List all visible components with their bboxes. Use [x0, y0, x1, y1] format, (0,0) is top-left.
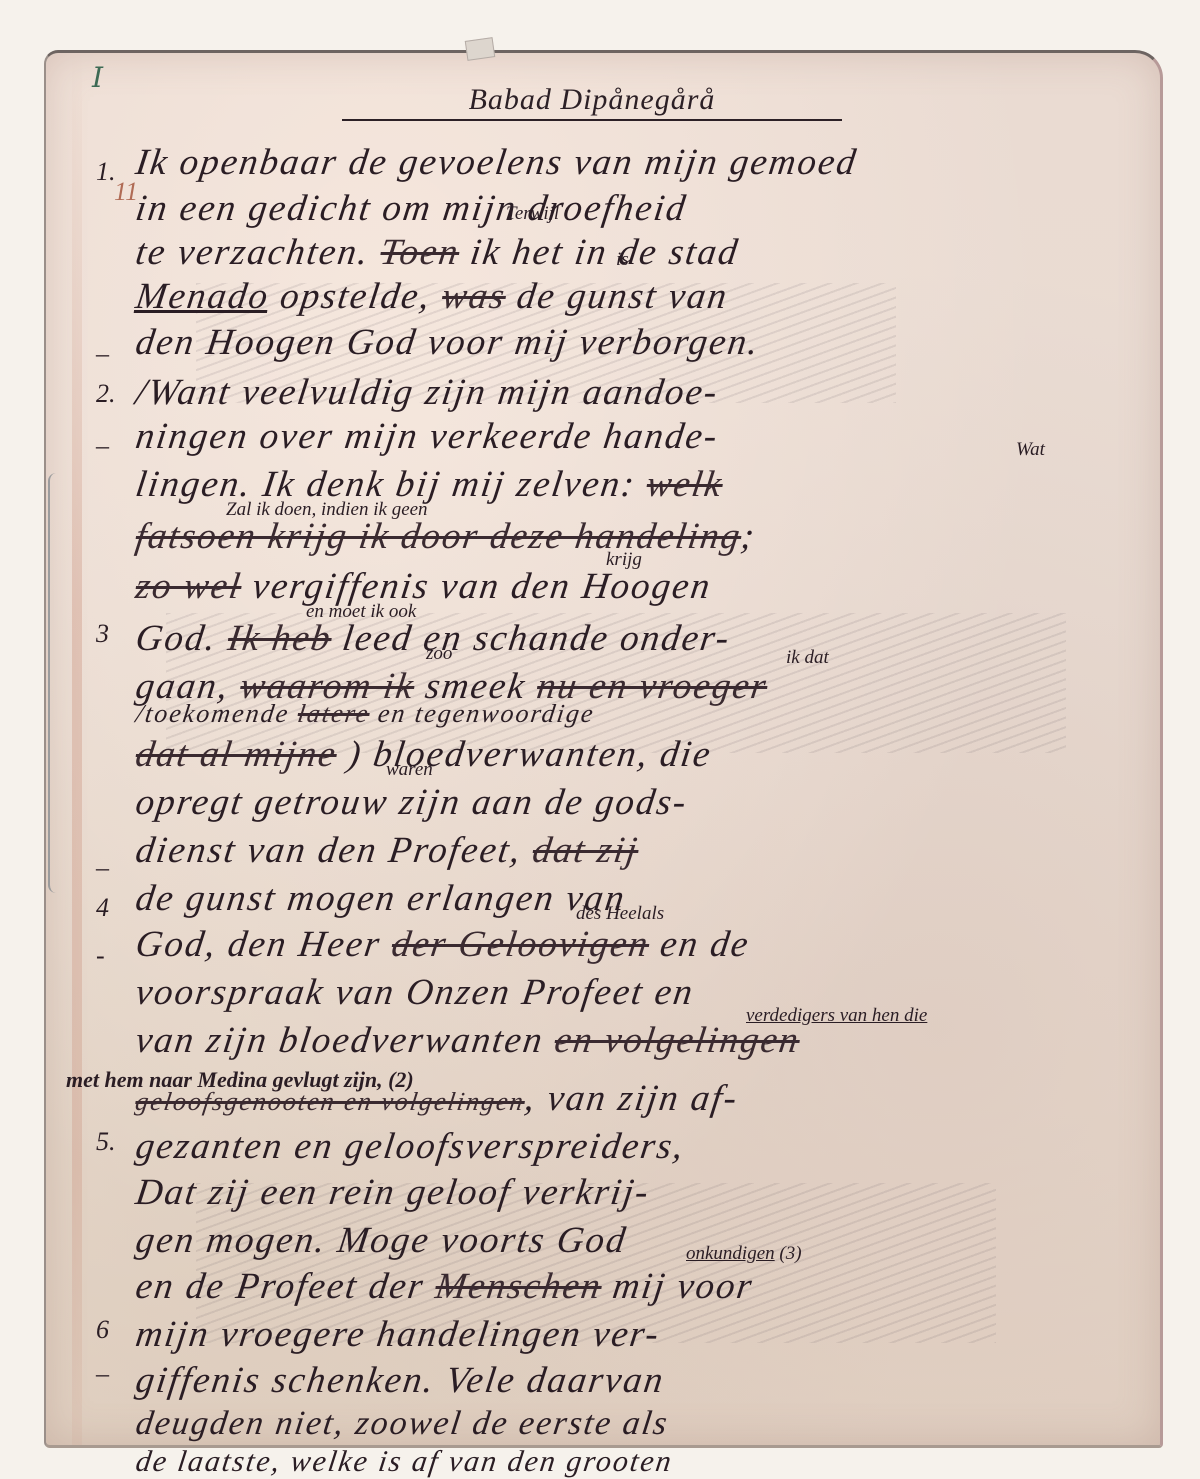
binding-thread	[48, 473, 64, 893]
underlined-place-name: Menado	[133, 276, 272, 317]
text-line: dienst van den Profeet, dat zij	[133, 829, 1139, 872]
interlinear-insertion: Terwijl	[506, 203, 559, 225]
text-line: mijn vroegere handelingen ver-	[133, 1313, 1139, 1356]
text-line: den Hoogen God voor mij verborgen.	[133, 321, 1139, 364]
struck-word: Menschen	[433, 1266, 605, 1307]
interlinear-insertion: waren	[386, 759, 433, 781]
text-line: gen mogen. Moge voorts God	[133, 1219, 1139, 1262]
text-line: voorspraak van Onzen Profeet en	[133, 971, 1139, 1014]
margin-number: 6	[96, 1315, 109, 1345]
line-text: opstelde,	[278, 276, 434, 317]
margin-dash: –	[96, 853, 109, 883]
struck-word: latere	[296, 699, 372, 728]
line-text: en de	[658, 924, 753, 965]
text-line: deugden niet, zoowel de eerste als	[133, 1405, 1138, 1443]
margin-dash: –	[96, 339, 109, 369]
text-line: in een gedicht om mijn droefheid	[133, 187, 1139, 230]
text-line: /Want veelvuldig zijn mijn aandoe-	[133, 371, 1139, 414]
text-line: giffenis schenken. Vele daarvan	[133, 1359, 1139, 1402]
struck-phrase: fatsoen krijg ik door deze handeling	[133, 516, 744, 557]
text-line: God. Ik heb leed en schande onder-	[133, 617, 1139, 660]
page-marker: I	[92, 61, 103, 94]
line-text: en de Profeet der	[133, 1266, 427, 1307]
line-text: gen mogen.	[133, 1220, 329, 1261]
line-text: /toekomende	[134, 699, 291, 728]
page-title: Babad Dipånegårå	[342, 83, 842, 121]
margin-number: 1.	[96, 157, 116, 187]
margin-number: 5.	[96, 1127, 116, 1157]
line-text: Moge voorts God	[335, 1220, 630, 1261]
text-line: /toekomende latere en tegenwoordige	[134, 699, 1138, 729]
text-line: God, den Heer der Geloovigen en de	[133, 923, 1139, 966]
inserted-text: onkundigen	[686, 1243, 775, 1264]
text-line: Ik openbaar de gevoelens van mijn gemoed	[133, 141, 1139, 184]
struck-word: Ik heb	[225, 618, 334, 659]
paper-tab	[465, 37, 496, 61]
line-text: ik het in de stad	[468, 232, 742, 273]
line-text: zijn aan de gods-	[397, 782, 691, 823]
line-text: van zijn bloedverwanten	[133, 1020, 546, 1061]
line-text: God.	[133, 618, 220, 659]
line-text: dienst van den Profeet,	[133, 830, 525, 871]
text-line: van zijn bloedverwanten en volgelingen	[133, 1019, 1139, 1062]
margin-dash: -	[96, 941, 105, 971]
text-line: ningen over mijn verkeerde hande-	[133, 415, 1139, 458]
text-line: gezanten en geloofsverspreiders,	[133, 1125, 1139, 1168]
margin-dash: –	[96, 431, 109, 461]
text-line: de laatste, welke is af van den grooten	[134, 1445, 1139, 1479]
text-line: zo wel vergiffenis van den Hoogen	[133, 565, 1139, 608]
text-line: en de Profeet der Menschen mij voor	[133, 1265, 1139, 1308]
line-text: opregt getrouw	[133, 782, 391, 823]
struck-phrase: en volgelingen	[552, 1020, 803, 1061]
line-text: mij voor	[610, 1266, 756, 1307]
struck-word: zo wel	[133, 566, 244, 607]
struck-phrase: dat al mijne	[133, 734, 340, 775]
manuscript-page: I Babad Dipånegårå 1. 11 – 2. – 3 – 4 - …	[44, 50, 1163, 1448]
text-line: Menado opstelde, was de gunst van	[133, 275, 1139, 318]
struck-word: was	[439, 276, 508, 317]
margin-stain	[72, 53, 82, 1445]
text-line: Dat zij een rein geloof verkrij-	[133, 1171, 1139, 1214]
line-text: , van zijn af-	[522, 1078, 741, 1119]
text-line: dat al mijne ) bloedverwanten, die	[133, 733, 1139, 776]
line-text: leed en schande onder-	[340, 618, 733, 659]
margin-dash: –	[96, 1359, 109, 1389]
interlinear-insertion: is	[616, 249, 629, 271]
struck-word: welk	[644, 464, 726, 505]
interlinear-insertion: zoo	[426, 643, 452, 665]
line-text: en tegenwoordige	[376, 699, 597, 728]
interlinear-insertion: des Heelals	[576, 903, 664, 925]
interlinear-insertion: onkundigen (3)	[686, 1243, 802, 1265]
text-line: opregt getrouw zijn aan de gods-	[133, 781, 1139, 824]
struck-phrase: geloofsgenooten en volgelingen	[134, 1087, 527, 1116]
text-line: te verzachten. Toen ik het in de stad	[133, 231, 1139, 274]
line-text: te verzachten.	[133, 232, 372, 273]
margin-number: 2.	[96, 379, 116, 409]
struck-word: Toen	[378, 232, 462, 273]
line-text: de gunst van	[514, 276, 731, 317]
interlinear-insertion: Wat	[1016, 439, 1045, 461]
struck-word: dat zij	[530, 830, 641, 871]
footnote-marker: (3)	[779, 1243, 801, 1264]
struck-phrase: der Geloovigen	[389, 924, 652, 965]
text-line: geloofsgenooten en volgelingen, van zijn…	[133, 1077, 1139, 1120]
margin-number: 4	[96, 893, 109, 923]
margin-number: 3	[96, 619, 109, 649]
line-text: God, den Heer	[133, 924, 384, 965]
